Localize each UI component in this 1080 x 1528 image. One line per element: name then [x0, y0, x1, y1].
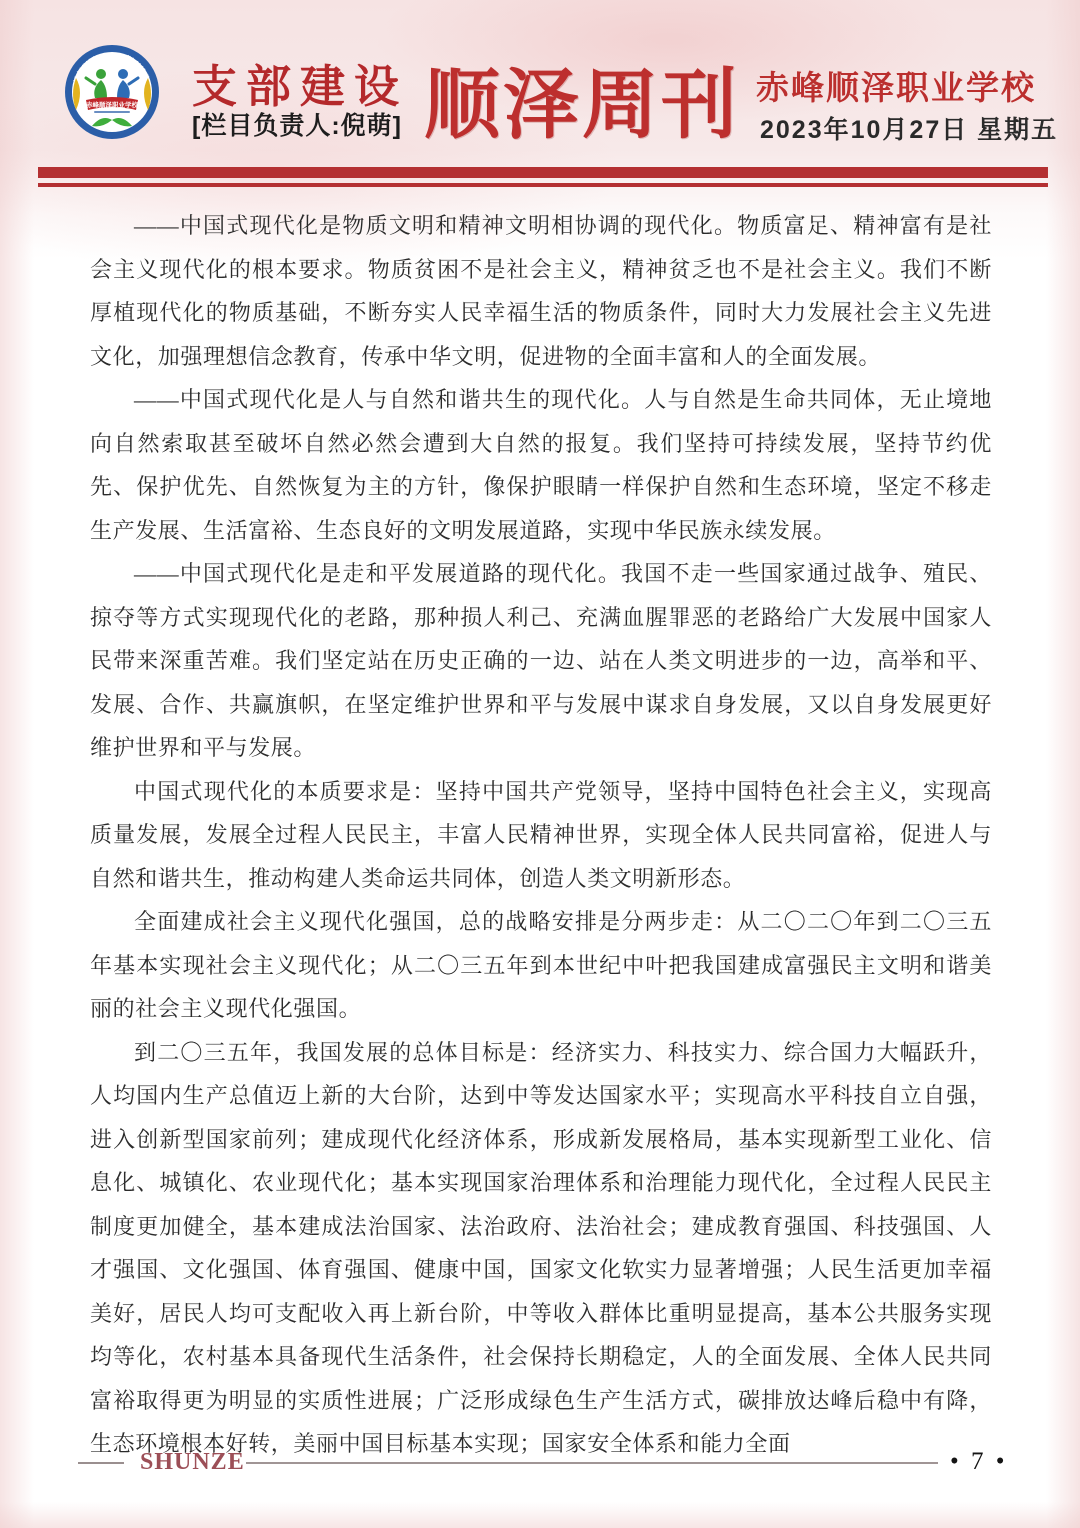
footer-rule-short: [78, 1462, 124, 1464]
header-divider-thin: [38, 183, 1048, 187]
page-footer: SHUNZE • 7 •: [0, 1444, 1080, 1484]
paragraph: 全面建成社会主义现代化强国，总的战略安排是分两步走：从二〇二〇年到二〇三五年基本…: [90, 900, 992, 1031]
page-header: 选择顺泽 顺利就业 赤峰顺泽职业学校: [0, 0, 1080, 200]
issue-date: 2023年10月27日 星期五: [760, 110, 1058, 146]
header-divider-thick: [38, 167, 1048, 178]
school-logo-icon: 选择顺泽 顺利就业 赤峰顺泽职业学校: [62, 42, 162, 142]
scan-edge-bottom: [0, 1502, 1080, 1528]
paragraph: ——中国式现代化是人与自然和谐共生的现代化。人与自然是生命共同体，无止境地向自然…: [90, 378, 992, 552]
section-manager-label: [栏目负责人:倪萌]: [192, 106, 402, 142]
footer-rule-long: [246, 1462, 938, 1464]
svg-text:赤峰顺泽职业学校: 赤峰顺泽职业学校: [86, 100, 139, 109]
article-body: ——中国式现代化是物质文明和精神文明相协调的现代化。物质富足、精神富有是社会主义…: [0, 204, 1080, 1466]
paragraph: 中国式现代化的本质要求是：坚持中国共产党领导，坚持中国特色社会主义，实现高质量发…: [90, 770, 992, 901]
paragraph: 到二〇三五年，我国发展的总体目标是：经济实力、科技实力、综合国力大幅跃升，人均国…: [90, 1031, 992, 1466]
paragraph: ——中国式现代化是走和平发展道路的现代化。我国不走一些国家通过战争、殖民、掠夺等…: [90, 552, 992, 770]
school-name: 赤峰顺泽职业学校: [756, 62, 1036, 109]
footer-brand: SHUNZE: [140, 1449, 245, 1476]
page-number: • 7 •: [950, 1448, 1008, 1476]
publication-masthead: 顺泽周刊: [424, 44, 740, 153]
newsletter-page: 选择顺泽 顺利就业 赤峰顺泽职业学校: [0, 0, 1080, 1528]
paragraph: ——中国式现代化是物质文明和精神文明相协调的现代化。物质富足、精神富有是社会主义…: [90, 204, 992, 378]
